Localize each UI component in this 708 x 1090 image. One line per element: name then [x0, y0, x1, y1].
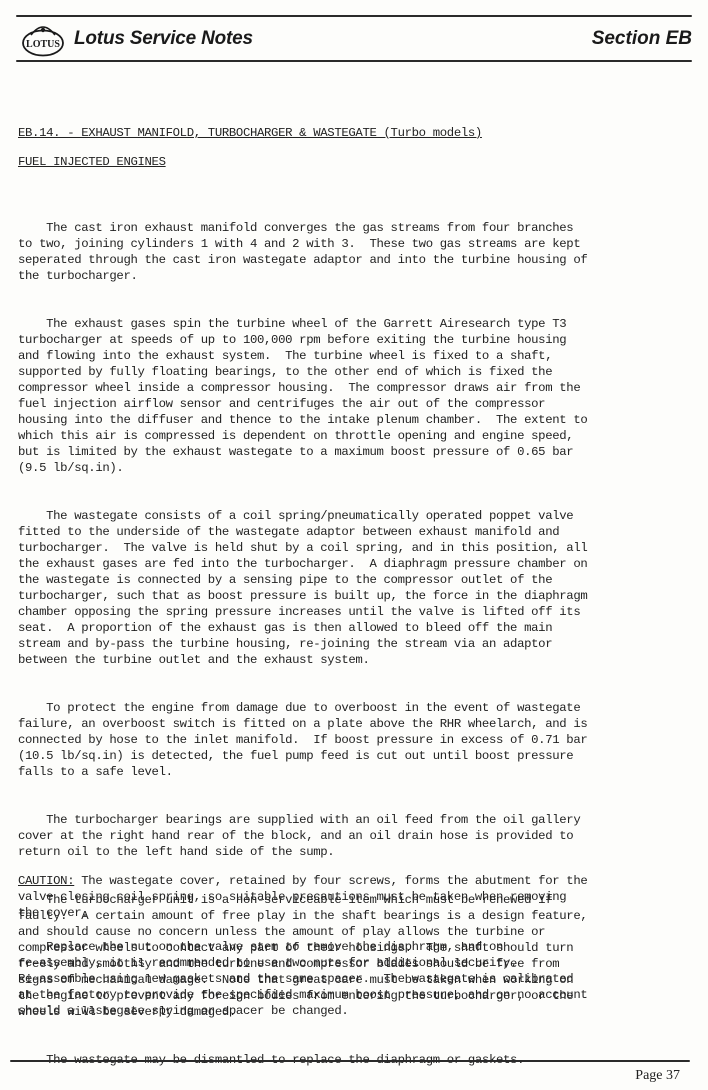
caution-text: The wastegate cover, retained by four sc…	[18, 874, 587, 920]
sub-heading: FUEL INJECTED ENGINES	[18, 154, 698, 170]
section-title: Section EB	[592, 28, 692, 50]
caution-label: CAUTION:	[18, 874, 74, 888]
page-header: LOTUS Lotus Service Notes Section EB	[16, 18, 692, 60]
svg-text:LOTUS: LOTUS	[26, 39, 60, 50]
paragraph: To protect the engine from damage due to…	[18, 700, 698, 780]
header-top-rule	[16, 15, 692, 17]
brand-title: Lotus Service Notes	[74, 28, 253, 50]
paragraph: The exhaust gases spin the turbine wheel…	[18, 316, 698, 476]
paragraph: The turbocharger bearings are supplied w…	[18, 812, 698, 860]
page-number: Page 37	[635, 1068, 680, 1084]
paragraph: The wastegate consists of a coil spring/…	[18, 508, 698, 668]
caution-note: CAUTION: The wastegate cover, retained b…	[18, 873, 698, 921]
paragraph-reassembly: Replace the nut on the valve stem to rem…	[18, 939, 698, 1019]
header-bottom-rule	[16, 60, 692, 62]
paragraph: The cast iron exhaust manifold converges…	[18, 220, 698, 284]
footer-rule	[10, 1060, 690, 1062]
main-heading: EB.14. - EXHAUST MANIFOLD, TURBOCHARGER …	[18, 125, 698, 141]
lotus-logo-icon: LOTUS	[21, 21, 65, 57]
